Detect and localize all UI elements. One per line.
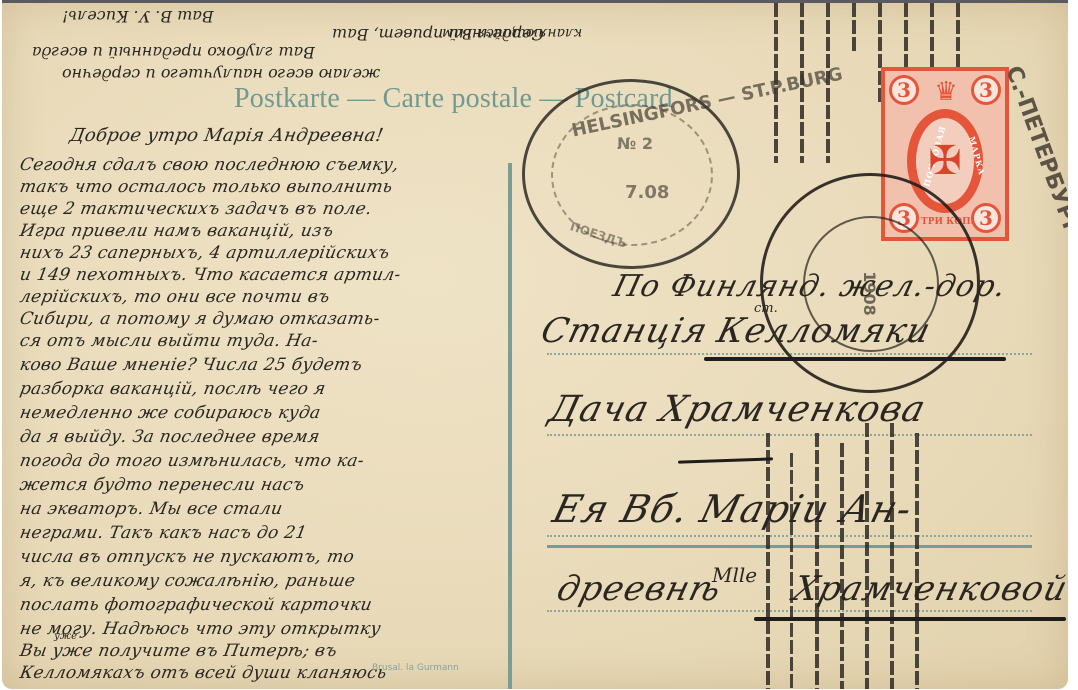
address-station-label: Станція xyxy=(537,311,712,351)
cancellation-bar xyxy=(865,423,869,689)
message-line: Игра привели намъ ваканцій, изъ xyxy=(18,221,335,241)
upside-down-note-line-5: желаю всего наилучшего и сердечно xyxy=(62,65,380,84)
upside-down-note-line-1: Ваш В. У. Кисель! xyxy=(62,7,214,26)
message-line: Сегодня сдалъ свою последнюю съемку, xyxy=(18,155,400,175)
message-line: ся отъ мысли выйти туда. На- xyxy=(18,331,319,351)
surname-underline xyxy=(754,617,1066,621)
address-recipient-patronymic: дреевнѣ xyxy=(553,569,726,609)
postmark-helsingfors-stpburg: HELSINGFORS — ST.P.BURG № 2 7.08 ПОЕЗДЪ xyxy=(522,79,740,269)
message-line: послать фотографической карточки xyxy=(18,595,373,615)
publisher-imprint: Brusal. la Gurmann xyxy=(372,663,459,673)
cancellation-bar xyxy=(852,3,856,51)
message-line: лерійскихъ, то они все почти въ xyxy=(18,287,331,307)
message-line: и 149 пехотныхъ. Что касается артил- xyxy=(18,265,402,285)
message-line: да я выйду. За последнее время xyxy=(18,427,321,447)
cancellation-bar xyxy=(915,433,919,689)
message-line: ково Ваше мненіе? Числа 25 будетъ xyxy=(18,355,364,375)
address-dacha: Дача Храмченкова xyxy=(545,389,930,430)
stamp-denomination-top-right: 3 xyxy=(971,75,1001,105)
upside-down-note-line-3: Ваш глубоко преданный и всегда xyxy=(32,43,315,62)
message-line: жется будто перенесли насъ xyxy=(18,475,306,495)
address-recipient-line: Ея Вб. Маріи Ан- xyxy=(549,487,917,531)
postmark-number: № 2 xyxy=(617,134,653,153)
message-line: Сибири, а потому я думаю отказать- xyxy=(18,309,381,329)
message-line: числа въ отпускъ не пускаютъ, то xyxy=(18,547,356,567)
message-line: нихъ 23 саперныхъ, 4 артиллерійскихъ xyxy=(18,243,391,263)
ink-stroke xyxy=(678,457,773,463)
address-rule-2 xyxy=(547,434,1032,436)
message-line: Келломякахъ отъ всей души кланяюсь xyxy=(18,663,388,683)
postcard: Ваш В. У. Кисель! Сердечный привет, Ваш … xyxy=(2,0,1068,689)
stamp-denomination-top-left: 3 xyxy=(889,75,919,105)
message-greeting: Доброе утро Марія Андреевна! xyxy=(68,125,385,146)
address-station-value: Келломяки xyxy=(713,311,935,351)
address-recipient-surname: Храмченковой xyxy=(789,569,1068,609)
message-line: немедленно же собираюсь куда xyxy=(18,403,322,423)
stamp-denomination-bottom-right: 3 xyxy=(971,203,1001,233)
cancellation-bar xyxy=(815,433,819,689)
message-line: я, къ великому сожалѣнію, раньше xyxy=(18,571,357,591)
message-line: Вы уже получите въ Питерѣ; въ xyxy=(18,641,338,661)
message-line: погода до того измѣнилась, что ка- xyxy=(18,451,365,471)
crown-icon: ♛ xyxy=(929,77,963,107)
postmark-outer-text: С.-ПЕТЕРБУРГЪ — МОСКВА xyxy=(1000,63,1068,394)
double-headed-eagle-icon: ✠ xyxy=(921,133,969,189)
address-title-mlle: Mlle xyxy=(712,563,757,587)
cancellation-bar xyxy=(766,433,770,689)
postmark-date: 7.08 xyxy=(625,182,669,203)
message-address-divider xyxy=(508,163,512,689)
message-line: такъ что осталось только выполнить xyxy=(18,177,394,197)
upside-down-note-line-4: кланяющийся Вам xyxy=(442,25,582,41)
cancellation-bar xyxy=(890,423,894,689)
station-underline xyxy=(704,357,1006,361)
address-line-railway: По Финлянд. жел.-дор. xyxy=(610,269,1011,304)
message-line: неграми. Такъ какъ насъ до 21 xyxy=(18,523,308,543)
message-line: еще 2 тактическихъ задачъ въ поле. xyxy=(18,199,373,219)
cancellation-bar xyxy=(840,443,844,689)
message-line: разборка ваканцій, послѣ чего я xyxy=(18,379,327,399)
message-line: на экваторъ. Мы все стали xyxy=(18,499,284,519)
